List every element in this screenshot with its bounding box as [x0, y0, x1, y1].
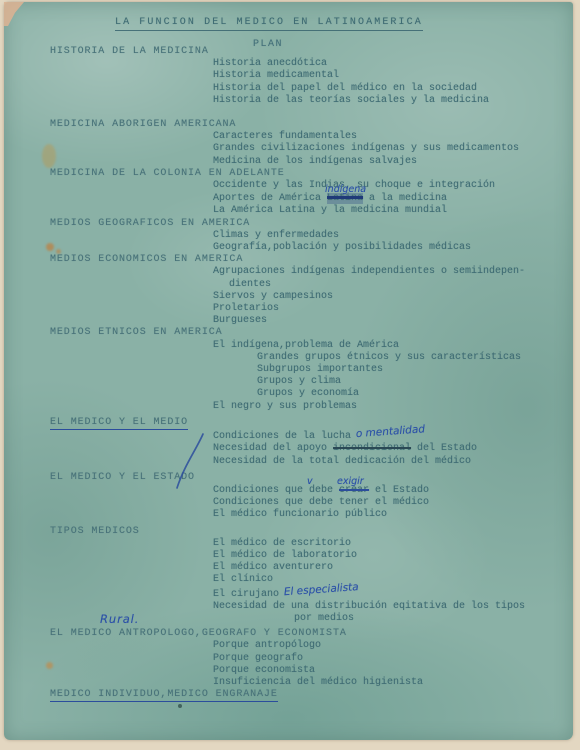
outline-item: El médico aventurero [213, 562, 561, 574]
outline-item: Grandes civilizaciones indígenas y sus m… [213, 143, 561, 155]
section-title: EL MEDICO Y EL ESTADO [50, 472, 561, 484]
outline-item: Grandes grupos étnicos y sus característ… [257, 352, 561, 364]
section-title-text: MEDIOS GEOGRAFICOS EN AMERICA [50, 218, 250, 229]
section-title-text: MEDICINA DE LA COLONIA EN ADELANTE [50, 168, 285, 179]
outline-item: El clínico [213, 574, 561, 586]
outline-item: Historia de las teorías sociales y la me… [213, 95, 561, 107]
outline-item: La América Latina y la medicina mundial [213, 205, 561, 217]
blank-line [50, 107, 561, 119]
typed-text: Climas y enfermedades [213, 230, 339, 241]
typed-text: Aportes de América [213, 193, 327, 204]
outline-item: Grupos y economía [257, 388, 561, 400]
outline-item: Occidente y las Indias, su choque e inte… [213, 180, 561, 192]
typed-text: por medios [294, 613, 354, 624]
typed-text: Grandes civilizaciones indígenas y sus m… [213, 143, 519, 154]
typed-text: Insuficiencia del médico higienista [213, 677, 423, 688]
typed-text: Grupos y clima [257, 376, 341, 387]
section-title-text: TIPOS MEDICOS [50, 526, 140, 537]
outline-item: Porque antropólogo [213, 640, 561, 652]
section-title-text: EL MEDICO Y EL MEDIO [50, 417, 188, 430]
typed-text: Porque economista [213, 665, 315, 676]
typed-text: Porque geografo [213, 653, 303, 664]
outline-item: El negro y sus problemas [213, 401, 561, 413]
typed-text: debe [309, 485, 339, 496]
outline-item: Porque economista [213, 665, 561, 677]
torn-corner [4, 2, 24, 26]
outline-item: Medicina de los indígenas salvajes [213, 156, 561, 168]
outline-item: Siervos y campesinos [213, 291, 561, 303]
section-title: MEDICO INDIVIDUO,MEDICO ENGRANAJE [50, 689, 561, 701]
outline-item: El médico funcionario público [213, 509, 561, 521]
section-title-text: MEDICINA ABORIGEN AMERICANA [50, 119, 236, 130]
typed-text: del Estado [411, 443, 477, 454]
outline-item: Historia del papel del médico en la soci… [213, 83, 561, 95]
outline-item: Subgrupos importantes [257, 364, 561, 376]
typed-text: El clínico [213, 574, 273, 585]
outline-item: El cirujanoEl especialista [213, 587, 561, 601]
typed-text: Necesidad del apoyo [213, 443, 333, 454]
outline-item: Condiciones que vdebe exigircrear el Est… [213, 484, 561, 497]
typed-text: Necesidad de una distribución eqitativa … [213, 601, 525, 612]
outline-item: El médico de escritorio [213, 538, 561, 550]
outline-item: El indígena,problema de América [213, 340, 561, 352]
typed-text: El médico aventurero [213, 562, 333, 573]
outline-item: Grupos y clima [257, 376, 561, 388]
typed-text: el Estado [369, 485, 429, 496]
section-title: HISTORIA DE LA MEDICINA [50, 46, 561, 58]
pen-stroke [172, 432, 212, 492]
outline: HISTORIA DE LA MEDICINAHistoria anecdóti… [50, 46, 561, 701]
outline-item: Historia anecdótica [213, 58, 561, 70]
outline-item: Necesidad del apoyo incondicional del Es… [213, 443, 561, 455]
typed-text: Historia del papel del médico en la soci… [213, 83, 477, 94]
outline-item: Aportes de América indígenaLatina a la m… [213, 192, 561, 205]
outline-item: Porque geografo [213, 653, 561, 665]
typed-text: Historia medicamental [213, 70, 339, 81]
outline-item: dientes [229, 279, 561, 291]
section-title: MEDICINA DE LA COLONIA EN ADELANTE [50, 168, 561, 180]
typed-text: Agrupaciones indígenas independientes o … [213, 266, 525, 277]
section-title-text: MEDIOS ECONOMICOS EN AMERICA [50, 254, 243, 265]
section-title-text: MEDICO INDIVIDUO,MEDICO ENGRANAJE [50, 689, 278, 702]
typed-text: Historia anecdótica [213, 58, 327, 69]
outline-item: Proletarios [213, 303, 561, 315]
struck-word: incondicional [333, 443, 411, 454]
outline-item: Necesidad de la total dedicación del méd… [213, 456, 561, 468]
photographed-document: LA FUNCION DEL MEDICO EN LATINOAMERICA P… [0, 0, 580, 750]
outline-item: Geografía,población y posibilidades médi… [213, 242, 561, 254]
section-title: Rural.EL MEDICO ANTROPOLOGO,GEOGRAFO Y E… [50, 625, 561, 640]
section-title: MEDIOS GEOGRAFICOS EN AMERICA [50, 218, 561, 230]
outline-item: por medios [294, 613, 561, 625]
typed-text: El indígena,problema de América [213, 340, 399, 351]
typed-text: Subgrupos importantes [257, 364, 383, 375]
typed-text: Siervos y campesinos [213, 291, 333, 302]
section-title: EL MEDICO Y EL MEDIO [50, 417, 561, 429]
typed-text: El médico de laboratorio [213, 550, 357, 561]
section-title-text: HISTORIA DE LA MEDICINA [50, 46, 209, 57]
typed-text: Medicina de los indígenas salvajes [213, 156, 417, 167]
typed-text: Historia de las teorías sociales y la me… [213, 95, 489, 106]
outline-item: Agrupaciones indígenas independientes o … [213, 266, 561, 278]
typed-text: Condiciones que [213, 485, 309, 496]
outline-item: Condiciones de la luchao mentalidad [213, 429, 561, 443]
typed-text: Burgueses [213, 315, 267, 326]
typed-text: Necesidad de la total dedicación del méd… [213, 456, 471, 467]
typed-text: La América Latina y la medicina mundial [213, 205, 447, 216]
typed-text: El médico de escritorio [213, 538, 351, 549]
document-title: LA FUNCION DEL MEDICO EN LATINOAMERICA [115, 17, 423, 31]
typed-text: El médico funcionario público [213, 509, 387, 520]
outline-item: Climas y enfermedades [213, 230, 561, 242]
typed-text: El cirujano [213, 589, 279, 600]
typed-text: Porque antropólogo [213, 640, 321, 651]
typed-text: dientes [229, 279, 271, 290]
typed-text: Geografía,población y posibilidades médi… [213, 242, 471, 253]
outline-item: Insuficiencia del médico higienista [213, 677, 561, 689]
typed-text: Grandes grupos étnicos y sus característ… [257, 352, 521, 363]
section-title: MEDICINA ABORIGEN AMERICANA [50, 119, 561, 131]
typed-text: Caracteres fundamentales [213, 131, 357, 142]
typed-text: Proletarios [213, 303, 279, 314]
section-title-text: MEDIOS ETNICOS EN AMERICA [50, 327, 223, 338]
typed-text: Condiciones que debe tener el médico [213, 497, 429, 508]
outline-item: El médico de laboratorio [213, 550, 561, 562]
outline-item: Burgueses [213, 315, 561, 327]
typed-text: a la medicina [363, 193, 447, 204]
typed-text: El negro y sus problemas [213, 401, 357, 412]
section-title: MEDIOS ETNICOS EN AMERICA [50, 327, 561, 339]
typed-text: Grupos y economía [257, 388, 359, 399]
section-title-text: EL MEDICO ANTROPOLOGO,GEOGRAFO Y ECONOMI… [50, 628, 347, 639]
outline-item: Condiciones que debe tener el médico [213, 497, 561, 509]
paper: LA FUNCION DEL MEDICO EN LATINOAMERICA P… [4, 2, 573, 740]
ink-speck [178, 704, 182, 708]
outline-item: Caracteres fundamentales [213, 131, 561, 143]
typed-text: Condiciones de la lucha [213, 431, 351, 442]
outline-item: Historia medicamental [213, 70, 561, 82]
outline-item: Necesidad de una distribución eqitativa … [213, 601, 561, 613]
section-title: TIPOS MEDICOS [50, 526, 561, 538]
section-title: MEDIOS ECONOMICOS EN AMERICA [50, 254, 561, 266]
